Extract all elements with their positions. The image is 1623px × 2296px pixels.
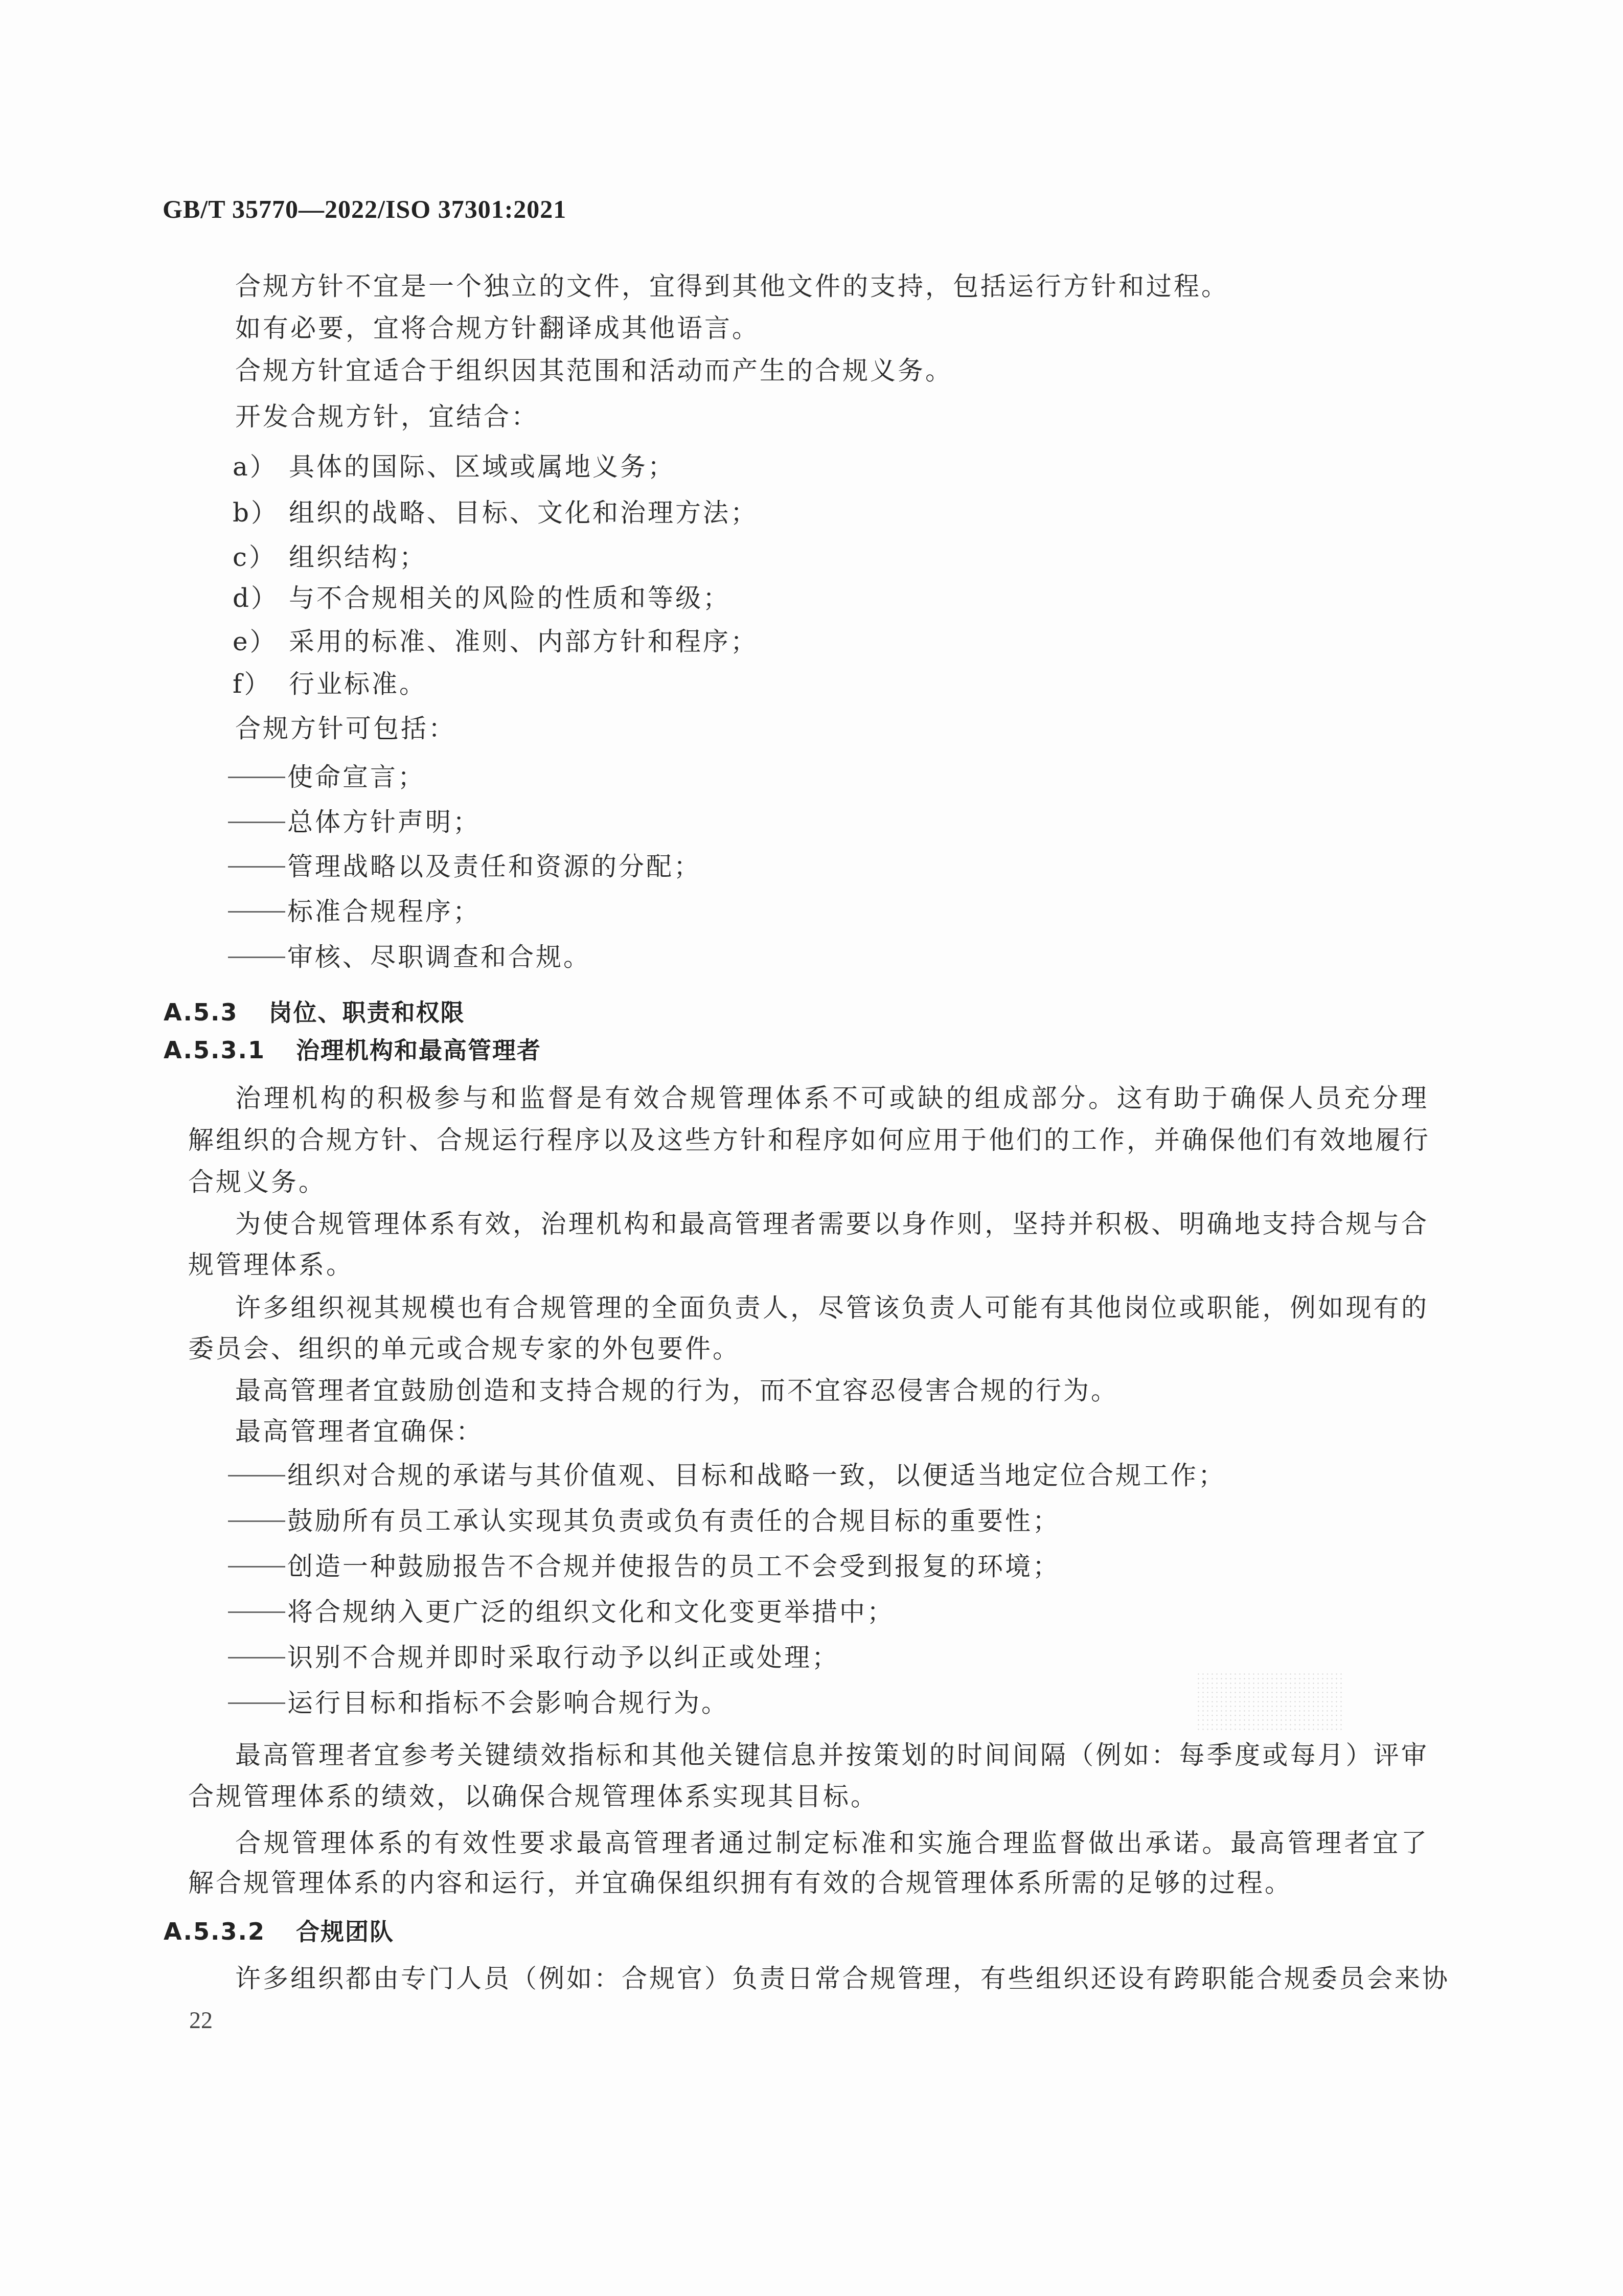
list-text: 组织结构；	[289, 542, 427, 572]
paragraph: 开发合规方针，宜结合：	[235, 401, 539, 432]
paragraph-line: 许多组织视其规模也有合规管理的全面负责人，尽管该负责人可能有其他岗位或职能，例如…	[235, 1292, 1429, 1323]
paragraph-line: 合规义务。	[188, 1167, 326, 1197]
dash-item: 鼓励所有员工承认实现其负责或负有责任的合规目标的重要性；	[228, 1506, 1060, 1536]
paragraph: 最高管理者宜鼓励创造和支持合规的行为，而不宜容忍侵害合规的行为。	[235, 1375, 1118, 1406]
paragraph: 如有必要，宜将合规方针翻译成其他语言。	[235, 313, 760, 344]
paragraph: 合规方针宜适合于组织因其范围和活动而产生的合规义务。	[235, 355, 953, 386]
em-dash	[228, 866, 285, 868]
paragraph: 合规方针不宜是一个独立的文件，宜得到其他文件的支持，包括运行方针和过程。	[235, 271, 1229, 302]
em-dash	[228, 822, 285, 823]
list-text: 行业标准。	[289, 669, 427, 699]
section-heading-a532: A.5.3.2合规团队	[164, 1916, 394, 1947]
em-dash	[228, 1475, 285, 1476]
list-item: b）组织的战略、目标、文化和治理方法；	[233, 497, 758, 528]
list-text: 与不合规相关的风险的性质和等级；	[289, 583, 730, 613]
dash-item: 运行目标和指标不会影响合规行为。	[228, 1688, 729, 1718]
list-label: d）	[233, 583, 289, 613]
section-heading-a53: A.5.3岗位、职责和权限	[164, 997, 465, 1028]
dash-item: 使命宣言；	[228, 762, 425, 792]
list-item: a）具体的国际、区域或属地义务；	[233, 451, 675, 482]
paragraph-line: 规管理体系。	[188, 1249, 354, 1280]
em-dash	[228, 1657, 285, 1658]
scan-artifact	[1196, 1672, 1344, 1733]
paragraph-line: 治理机构的积极参与和监督是有效合规管理体系不可或缺的组成部分。这有助于确保人员充…	[235, 1083, 1429, 1113]
list-text: 采用的标准、准则、内部方针和程序；	[289, 627, 758, 656]
dash-item: 管理战略以及责任和资源的分配；	[228, 851, 701, 882]
dash-item: 总体方针声明；	[228, 807, 481, 837]
section-heading-a531: A.5.3.1治理机构和最高管理者	[164, 1035, 541, 1065]
paragraph-line: 解组织的合规方针、合规运行程序以及这些方针和程序如何应用于他们的工作，并确保他们…	[188, 1125, 1429, 1155]
dash-item: 创造一种鼓励报告不合规并使报告的员工不会受到报复的环境；	[228, 1551, 1060, 1582]
em-dash	[228, 1611, 285, 1613]
paragraph-line: 合规管理体系的有效性要求最高管理者通过制定标准和实施合理监督做出承诺。最高管理者…	[235, 1828, 1429, 1858]
dash-item: 识别不合规并即时采取行动予以纠正或处理；	[228, 1642, 839, 1673]
dash-item: 组织对合规的承诺与其价值观、目标和战略一致，以便适当地定位合规工作；	[228, 1460, 1226, 1491]
em-dash	[228, 957, 285, 958]
em-dash	[228, 777, 285, 778]
paragraph-line: 委员会、组织的单元或合规专家的外包要件。	[188, 1333, 740, 1364]
list-item: f）行业标准。	[233, 669, 427, 699]
list-label: c）	[233, 542, 289, 573]
em-dash	[228, 1566, 285, 1567]
paragraph-line: 合规管理体系的绩效，以确保合规管理体系实现其目标。	[188, 1781, 878, 1812]
paragraph: 最高管理者宜确保：	[235, 1416, 484, 1447]
paragraph: 合规方针可包括：	[235, 713, 456, 744]
list-item: e）采用的标准、准则、内部方针和程序；	[233, 626, 758, 657]
standard-header: GB/T 35770—2022/ISO 37301:2021	[163, 194, 566, 224]
dash-item: 审核、尽职调查和合规。	[228, 942, 591, 972]
list-label: f）	[233, 669, 289, 699]
list-label: a）	[233, 451, 289, 482]
list-label: e）	[233, 626, 289, 657]
list-label: b）	[233, 497, 289, 528]
page-number: 22	[189, 2007, 213, 2034]
list-text: 具体的国际、区域或属地义务；	[289, 452, 675, 482]
list-item: c）组织结构；	[233, 542, 427, 573]
document-page: GB/T 35770—2022/ISO 37301:2021 合规方针不宜是一个…	[0, 0, 1623, 2296]
paragraph-line: 最高管理者宜参考关键绩效指标和其他关键信息并按策划的时间间隔（例如：每季度或每月…	[235, 1740, 1429, 1770]
list-text: 组织的战略、目标、文化和治理方法；	[289, 498, 758, 528]
paragraph-line: 许多组织都由专门人员（例如：合规官）负责日常合规管理，有些组织还设有跨职能合规委…	[235, 1963, 1429, 1994]
paragraph-line: 为使合规管理体系有效，治理机构和最高管理者需要以身作则，坚持并积极、明确地支持合…	[235, 1209, 1429, 1239]
dash-item: 将合规纳入更广泛的组织文化和文化变更举措中；	[228, 1597, 895, 1627]
em-dash	[228, 1702, 285, 1704]
dash-item: 标准合规程序；	[228, 896, 481, 927]
paragraph-line: 解合规管理体系的内容和运行，并宜确保组织拥有有效的合规管理体系所需的足够的过程。	[188, 1868, 1292, 1898]
em-dash	[228, 1520, 285, 1522]
em-dash	[228, 911, 285, 913]
list-item: d）与不合规相关的风险的性质和等级；	[233, 583, 730, 613]
